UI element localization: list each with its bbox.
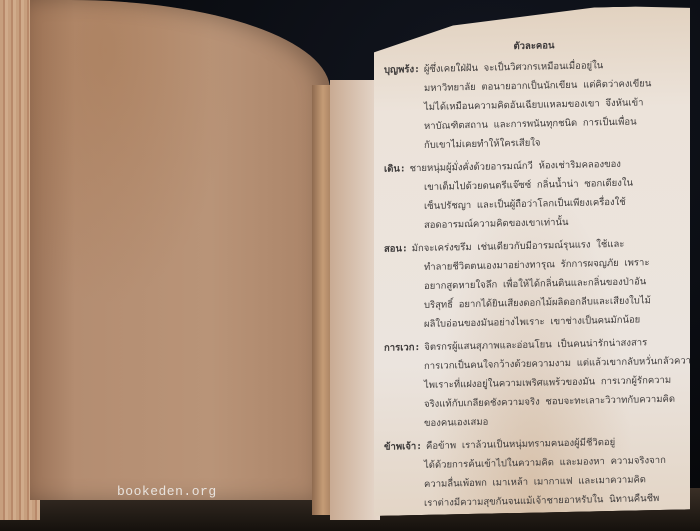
- character-name: สอน:: [384, 243, 408, 254]
- entry-line: มักจะเคร่งขรึม เช่นเดียวกับมีอารมณ์รุนแร…: [412, 239, 625, 254]
- watermark-text: bookeden.org: [117, 484, 217, 499]
- character-entry: สอน:มักจะเคร่งขรึม เช่นเดียวกับมีอารมณ์ร…: [384, 234, 684, 335]
- underlying-page: [330, 80, 380, 520]
- character-name: เดิน:: [384, 163, 406, 174]
- entry-line: จิตรกรผู้แสนสุภาพและอ่อนโยน เป็นคนน่ารัก…: [424, 337, 647, 353]
- character-name: การเวก:: [384, 342, 420, 354]
- left-page-blank: [30, 0, 330, 500]
- right-page: ตัวละคอน บุญพร้ง:ผู้ซึ่งเคยใฝ่ฝัน จะเป็น…: [374, 5, 690, 516]
- entry-line: ผู้ซึ่งเคยใฝ่ฝัน จะเป็นวิศวกรเหมือนเมื่อ…: [424, 60, 603, 75]
- character-entry: การเวก:จิตรกรผู้แสนสุภาพและอ่อนโยน เป็นค…: [384, 333, 684, 434]
- character-entry: บุญพร้ง:ผู้ซึ่งเคยใฝ่ฝัน จะเป็นวิศวกรเหม…: [384, 55, 684, 156]
- character-entry: เดิน:ชายหนุ่มผู้มั่งคั่งด้วยอารมณ์กวี ห้…: [384, 154, 684, 236]
- character-name: ข้าพเจ้า:: [384, 441, 422, 453]
- entry-line: ชายหนุ่มผู้มั่งคั่งด้วยอารมณ์กวี ห้องเช่…: [410, 159, 621, 174]
- entry-line: คือข้าพ เราล้วนเป็นหนุ่มทรามคนองผู้มีชีว…: [426, 437, 615, 452]
- character-list: ตัวละคอน บุญพร้ง:ผู้ซึ่งเคยใฝ่ฝัน จะเป็น…: [384, 34, 684, 531]
- character-name: บุญพร้ง:: [384, 64, 420, 76]
